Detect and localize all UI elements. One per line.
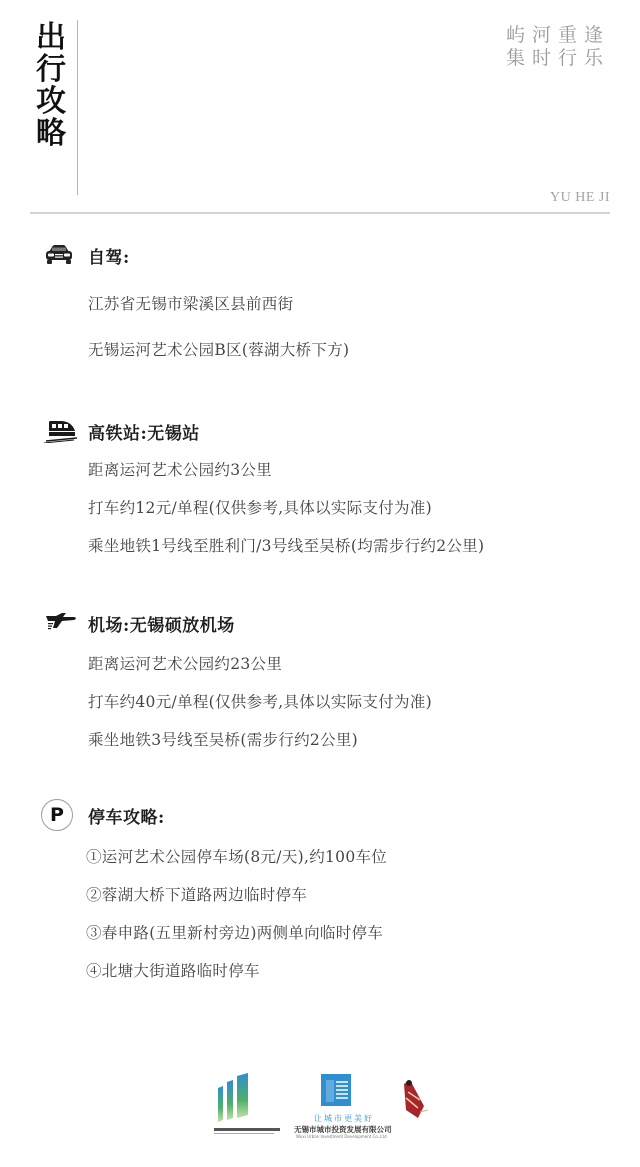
- parking-item: ②蓉湖大桥下道路两边临时停车: [86, 883, 307, 905]
- logo-red-figure: [394, 1078, 434, 1128]
- info-line: 距离运河艺术公园约23公里: [88, 652, 282, 674]
- airplane-icon: [44, 608, 80, 638]
- section-title: 自驾:: [88, 243, 130, 268]
- section-header: 高铁站:无锡站: [44, 416, 200, 446]
- title-char: 出: [33, 22, 69, 54]
- car-icon: [44, 240, 80, 270]
- section-header: P 停车攻略:: [44, 800, 165, 830]
- page-title: 出 行 攻 略: [33, 22, 69, 150]
- title-char: 行: [33, 54, 69, 86]
- title-divider: [77, 20, 78, 195]
- logo-urban-investment: 让城市更美好 无锡市城市投资发展有限公司 Wuxi Urban Investme…: [290, 1070, 390, 1140]
- info-line: 距离运河艺术公园约3公里: [88, 458, 272, 480]
- train-icon: [44, 416, 80, 446]
- brand-english: YU HE JI: [550, 190, 610, 206]
- footer-logos: 让城市更美好 无锡市城市投资发展有限公司 Wuxi Urban Investme…: [0, 1070, 640, 1150]
- title-char: 攻: [33, 86, 69, 118]
- parking-item: ③春申路(五里新村旁边)两侧单向临时停车: [86, 921, 383, 943]
- info-line: 乘坐地铁3号线至吴桥(需步行约2公里): [88, 728, 358, 750]
- logo-construction-group: [200, 1070, 290, 1140]
- parking-item: ①运河艺术公园停车场(8元/天),约100车位: [86, 845, 387, 867]
- section-title: 机场:无锡硕放机场: [88, 611, 235, 636]
- info-line: 乘坐地铁1号线至胜利门/3号线至吴桥(均需步行约2公里): [88, 534, 484, 556]
- info-line: 江苏省无锡市梁溪区县前西街: [88, 292, 293, 314]
- slogan: 屿河重逢 集时行乐: [506, 24, 610, 70]
- section-title: 停车攻略:: [88, 803, 165, 828]
- section-header: 自驾:: [44, 240, 130, 270]
- info-line: 打车约12元/单程(仅供参考,具体以实际支付为准): [88, 496, 432, 518]
- title-char: 略: [33, 118, 69, 150]
- logo2-slogan: 让城市更美好: [314, 1113, 374, 1124]
- section-title: 高铁站:无锡站: [88, 419, 200, 444]
- header-divider: [30, 212, 610, 214]
- info-line: 打车约40元/单程(仅供参考,具体以实际支付为准): [88, 690, 432, 712]
- logo2-company-name-en: Wuxi Urban Investment Development Co.,Lt…: [296, 1134, 387, 1139]
- section-header: 机场:无锡硕放机场: [44, 608, 235, 638]
- info-line: 无锡运河艺术公园B区(蓉湖大桥下方): [88, 338, 349, 360]
- parking-icon: P: [41, 799, 73, 831]
- slogan-line-1: 屿河重逢: [506, 24, 610, 47]
- slogan-line-2: 集时行乐: [506, 47, 610, 70]
- parking-item: ④北塘大街道路临时停车: [86, 959, 260, 981]
